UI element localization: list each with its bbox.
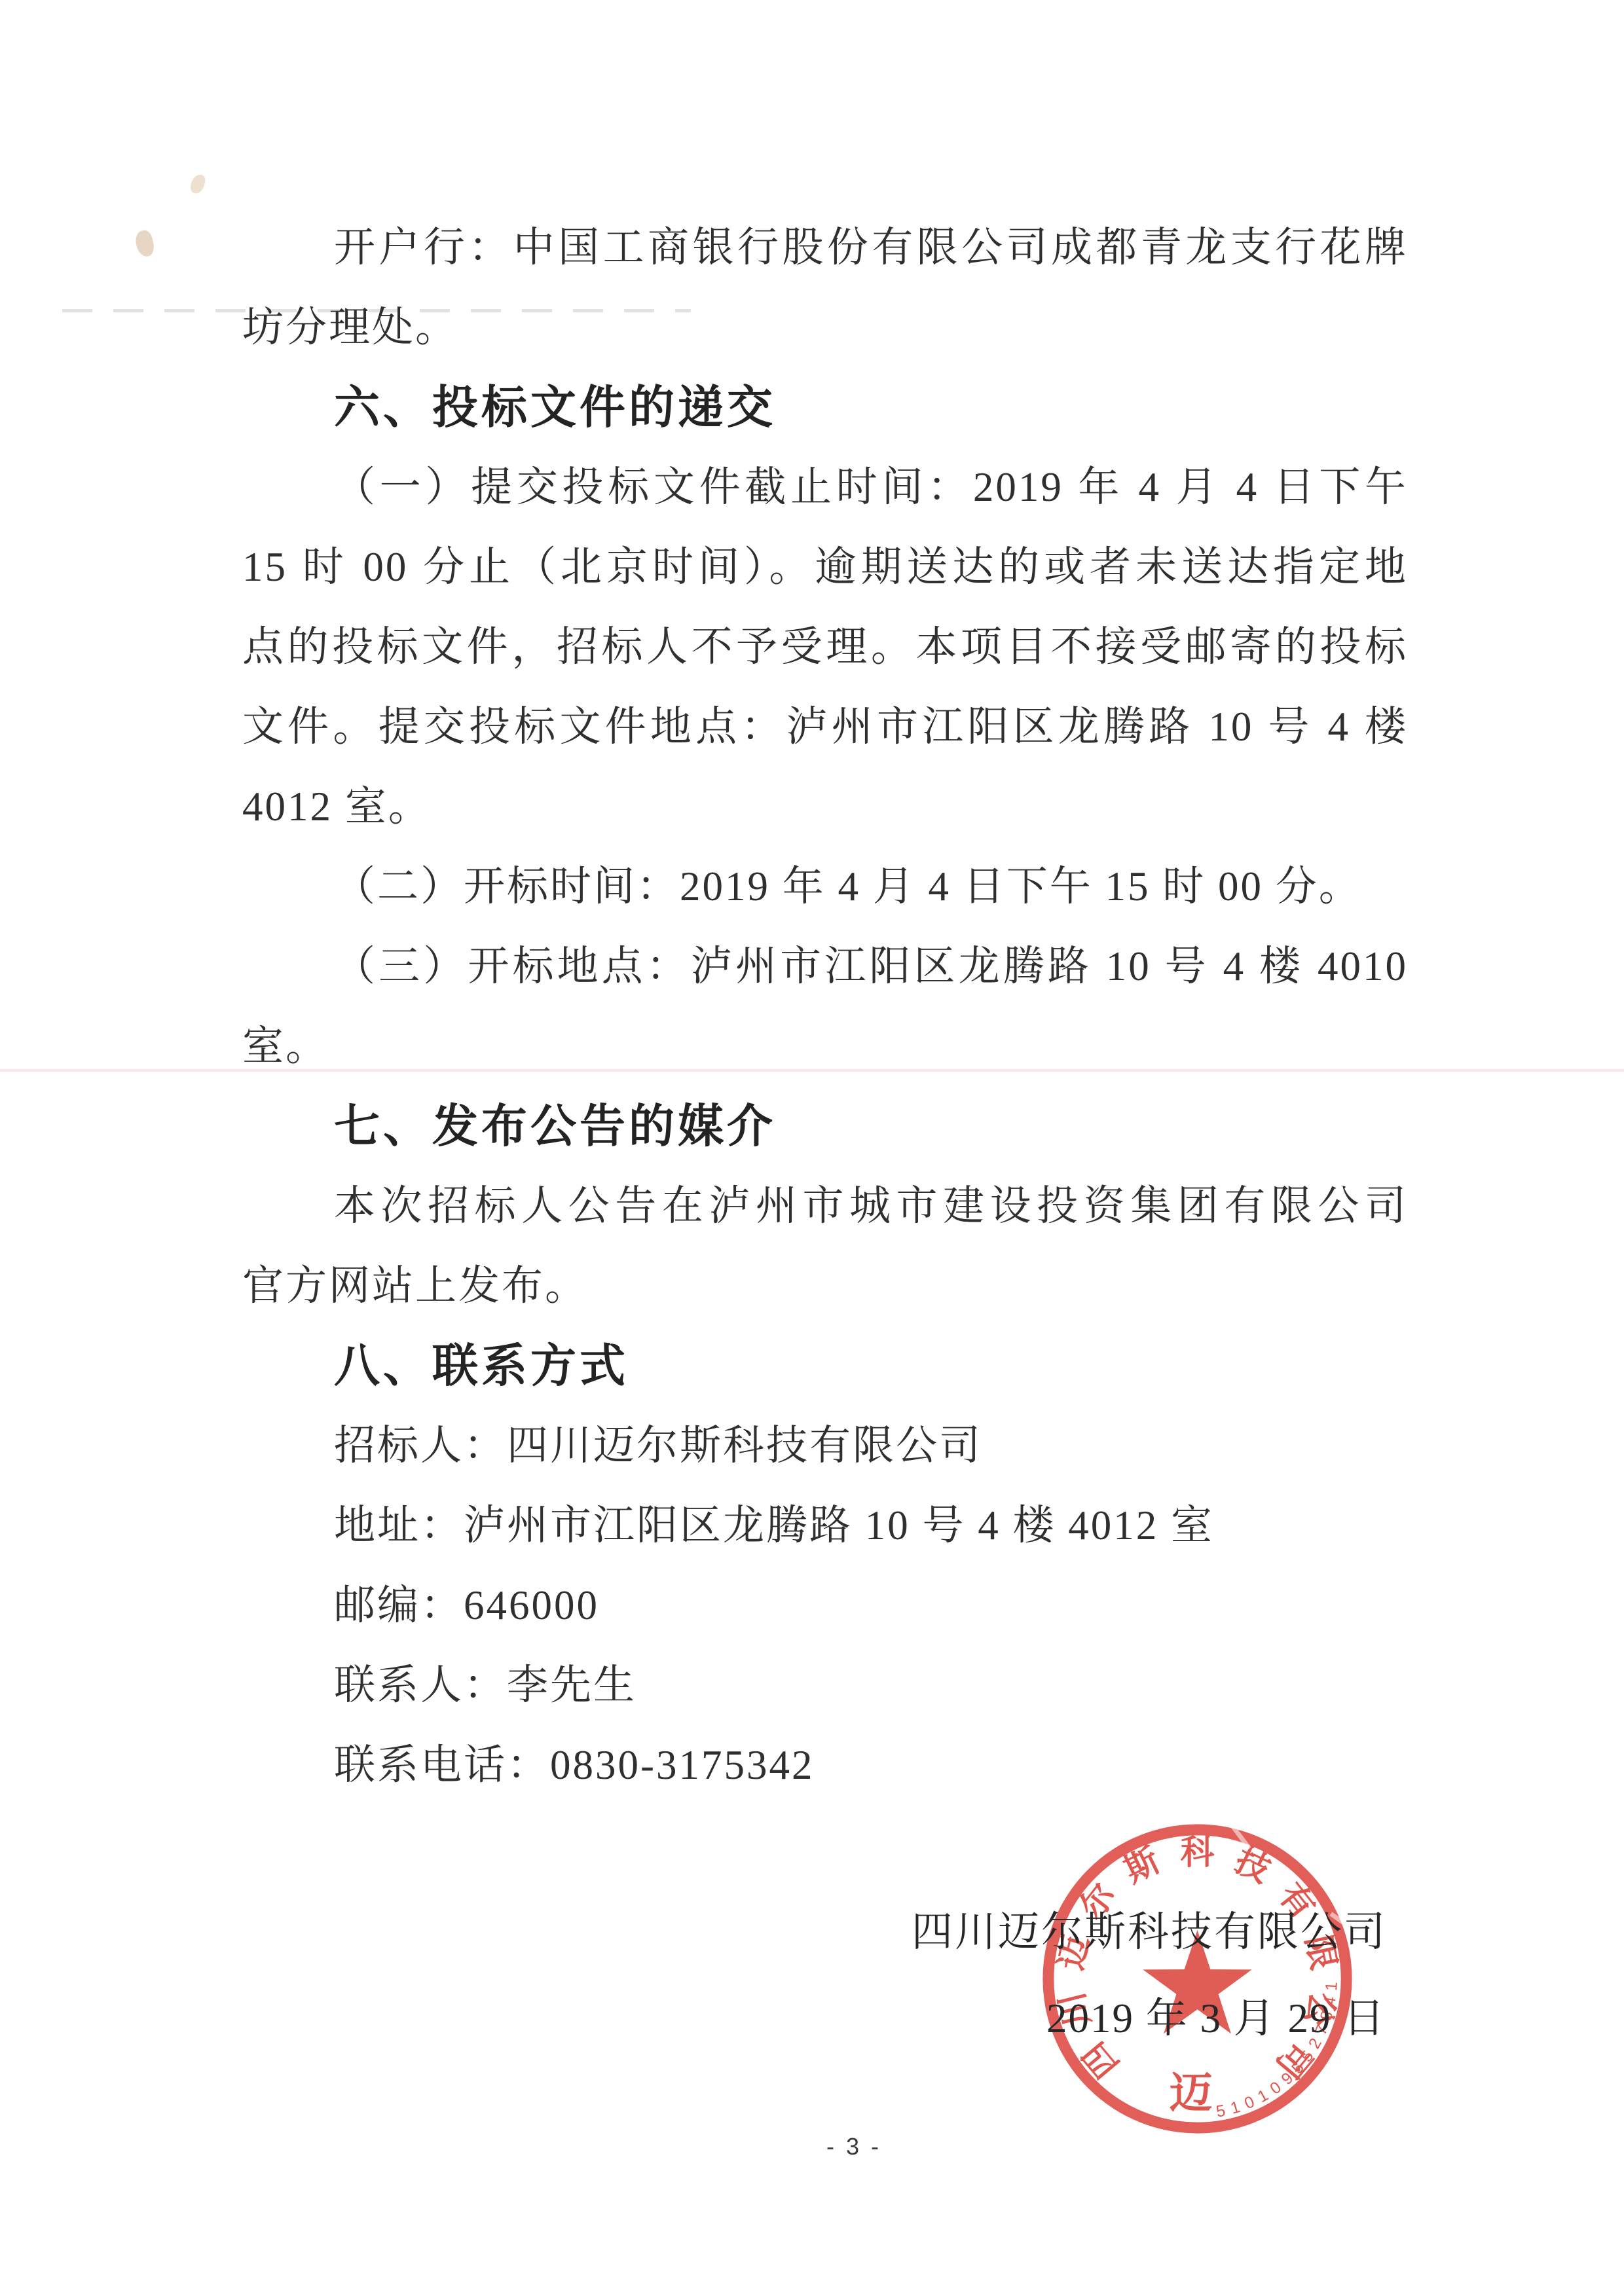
signature-company: 四川迈尔斯科技有限公司 — [912, 1899, 1387, 1958]
text-line: 邮编：646000 — [242, 1565, 1408, 1645]
text-line: 联系电话：0830-3175342 — [242, 1725, 1408, 1805]
text-line: 坊分理处。 — [242, 287, 1408, 367]
company-seal-stamp: 四川迈尔斯科技有限公司 5101095527841 迈 — [1035, 1816, 1360, 2141]
text-line: 室。 — [242, 1006, 1408, 1086]
text-line: （一）提交投标文件截止时间：2019 年 4 月 4 日下午 — [242, 447, 1408, 527]
text-line: 15 时 00 分止（北京时间）。逾期送达的或者未送达指定地 — [242, 527, 1408, 607]
stamp-serial-digit: 0 — [1242, 2093, 1257, 2113]
page-number: - 3 - — [826, 2133, 881, 2160]
text-line: 文件。提交投标文件地点：泸州市江阳区龙腾路 10 号 4 楼 — [242, 687, 1408, 767]
document-body-lines: 开户行：中国工商银行股份有限公司成都青龙支行花牌坊分理处。六、投标文件的递交（一… — [242, 208, 1408, 1805]
text-line: 地址：泸州市江阳区龙腾路 10 号 4 楼 4012 室 — [242, 1485, 1408, 1565]
scan-speck — [189, 173, 207, 196]
signature-date: 2019 年 3 月 29 日 — [1046, 1985, 1386, 2045]
stamp-serial-digit: 1 — [1228, 2098, 1242, 2118]
text-line: （二）开标时间：2019 年 4 月 4 日下午 15 时 00 分。 — [242, 847, 1408, 926]
stamp-arc-char: 科 — [1181, 1834, 1215, 1872]
section-heading: 六、投标文件的递交 — [242, 367, 1408, 447]
scan-speck — [134, 229, 156, 259]
text-line: 招标人：四川迈尔斯科技有限公司 — [242, 1406, 1408, 1485]
stamp-logo-mark: 迈 — [1170, 2070, 1213, 2117]
text-line: 联系人：李先生 — [242, 1645, 1408, 1725]
text-line: 官方网站上发布。 — [242, 1246, 1408, 1326]
text-line: 点的投标文件，招标人不予受理。本项目不接受邮寄的投标 — [242, 607, 1408, 687]
text-line: 4012 室。 — [242, 767, 1408, 847]
text-line: 本次招标人公告在泸州市城市建设投资集团有限公司 — [242, 1166, 1408, 1246]
document-page: 四川迈尔斯科技有限公司 5101095527841 迈 开户行：中国工商银行股份… — [0, 0, 1624, 2296]
section-heading: 八、联系方式 — [242, 1326, 1408, 1406]
section-heading: 七、发布公告的媒介 — [242, 1086, 1408, 1166]
text-line: 开户行：中国工商银行股份有限公司成都青龙支行花牌 — [242, 208, 1408, 287]
stamp-serial-digit: 5 — [1215, 2102, 1227, 2121]
text-line: （三）开标地点：泸州市江阳区龙腾路 10 号 4 楼 4010 — [242, 926, 1408, 1006]
